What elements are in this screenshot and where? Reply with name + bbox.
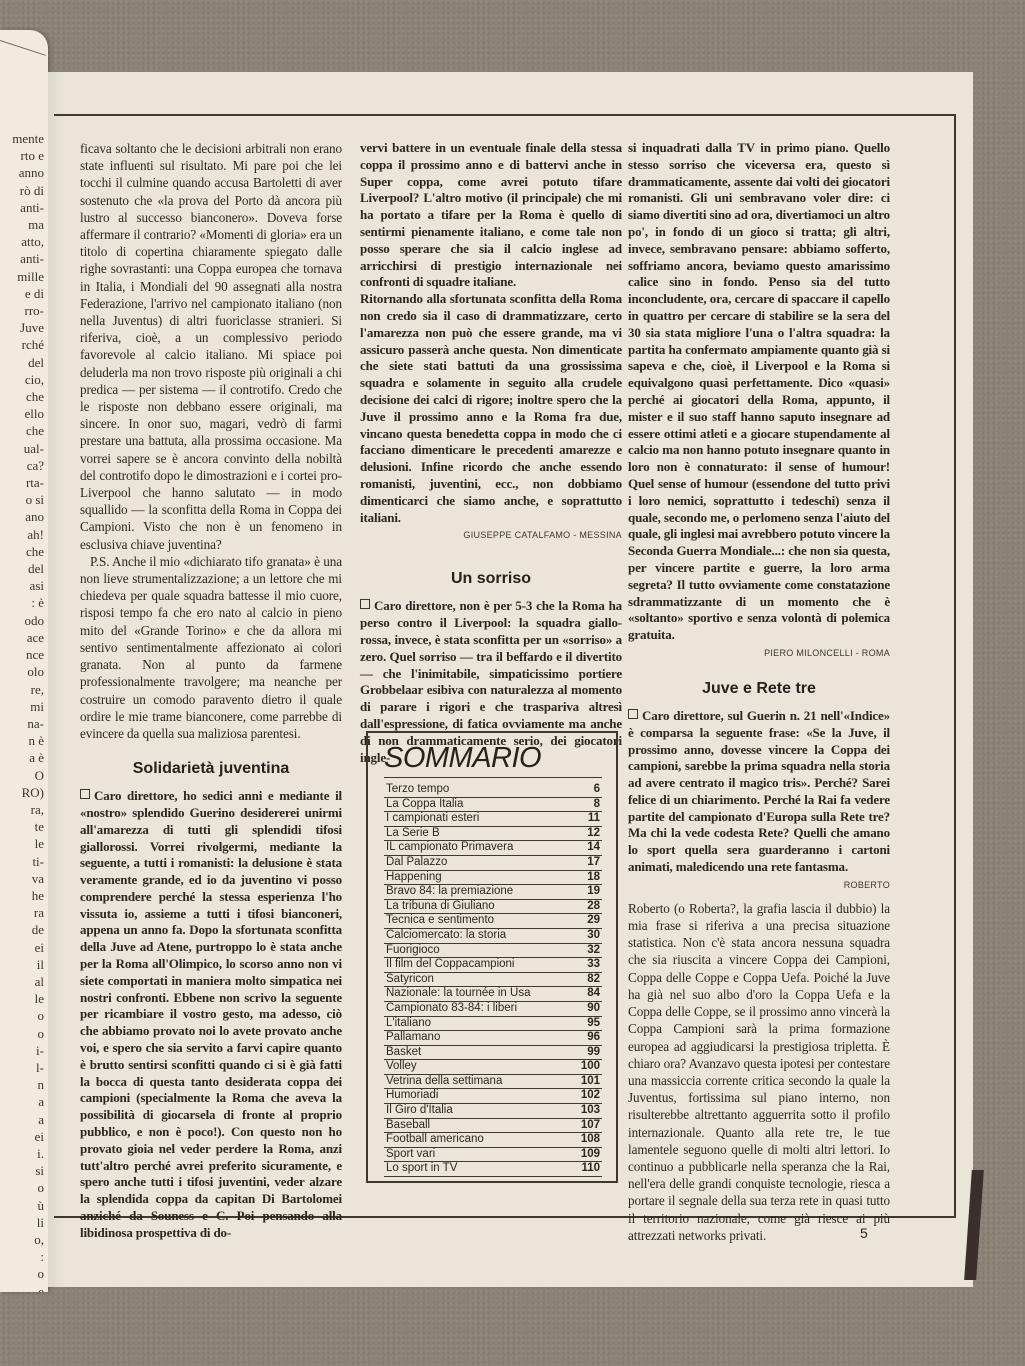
facing-text-fragment: li xyxy=(12,1214,44,1231)
toc-label: Volley xyxy=(386,1060,417,1074)
toc-row: Lo sport in TV110 xyxy=(384,1162,602,1177)
facing-text-fragment: ra xyxy=(12,904,44,921)
toc-page-number: 95 xyxy=(587,1017,600,1031)
facing-text-fragment: ace xyxy=(12,629,44,646)
toc-label: L'italiano xyxy=(386,1017,431,1031)
facing-text-fragment: e di xyxy=(12,285,44,302)
facing-text-fragment: mente xyxy=(12,130,44,147)
facing-text-fragment: si xyxy=(12,1162,44,1179)
toc-label: Pallamano xyxy=(386,1031,440,1045)
toc-label: Dal Palazzo xyxy=(386,856,447,870)
toc-row: La Coppa Italia8 xyxy=(384,798,602,813)
toc-row: Basket99 xyxy=(384,1046,602,1061)
facing-text-fragment: atto, xyxy=(12,233,44,250)
facing-text-fragment: le xyxy=(12,835,44,852)
facing-text-fragment: asi xyxy=(12,577,44,594)
toc-label: Il Giro d'Italia xyxy=(386,1104,453,1118)
reply-continuation: ficava soltanto che le decisioni arbitra… xyxy=(80,140,342,553)
toc-label: Campionato 83-84: i liberi xyxy=(386,1002,517,1016)
facing-text-fragment: : è xyxy=(12,594,44,611)
toc-page-number: 96 xyxy=(587,1031,600,1045)
toc-list: Terzo tempo6La Coppa Italia8I campionati… xyxy=(384,783,602,1177)
facing-text-fragment: ca? xyxy=(12,457,44,474)
page-number: 5 xyxy=(860,1225,868,1241)
facing-text-fragment: le xyxy=(12,990,44,1007)
letter-juve-rete-tre: Caro direttore, sul Guerin n. 21 nell'«I… xyxy=(628,708,890,876)
facing-text-fragment: o xyxy=(12,1265,44,1282)
facing-text-fragment: ra, xyxy=(12,801,44,818)
column-3: si inquadrati dalla TV in primo piano. Q… xyxy=(628,140,890,1244)
toc-page-number: 108 xyxy=(581,1133,600,1147)
letter-text: Caro direttore, ho sedici anni e mediant… xyxy=(80,788,342,1240)
toc-label: Fuorigioco xyxy=(386,944,440,958)
toc-label: La tribuna di Giuliano xyxy=(386,900,495,914)
toc-page-number: 102 xyxy=(581,1089,600,1103)
facing-text-fragment: n xyxy=(12,1076,44,1093)
toc-row: Volley100 xyxy=(384,1060,602,1075)
facing-text-fragment: che xyxy=(12,422,44,439)
facing-text-fragment: del xyxy=(12,560,44,577)
toc-page-number: 28 xyxy=(587,900,600,914)
toc-row: Pallamano96 xyxy=(384,1031,602,1046)
facing-text-fragment: i. xyxy=(12,1145,44,1162)
toc-row: Satyricon82 xyxy=(384,973,602,988)
facing-text-fragment: rta- xyxy=(12,474,44,491)
facing-text-fragment: rto e xyxy=(12,147,44,164)
facing-text-fragment: va xyxy=(12,870,44,887)
letter-text: Caro direttore, sul Guerin n. 21 nell'«I… xyxy=(628,708,890,874)
toc-row: Sport vari109 xyxy=(384,1148,602,1163)
toc-row: Campionato 83-84: i liberi90 xyxy=(384,1002,602,1017)
toc-page-number: 107 xyxy=(581,1119,600,1133)
toc-page-number: 19 xyxy=(587,885,600,899)
facing-text-fragment: ano xyxy=(12,508,44,525)
toc-label: Bravo 84: la premiazione xyxy=(386,885,513,899)
heading-un-sorriso: Un sorriso xyxy=(360,570,622,588)
toc-label: IL campionato Primavera xyxy=(386,841,513,855)
toc-page-number: 99 xyxy=(587,1046,600,1060)
toc-page-number: 82 xyxy=(587,973,600,987)
facing-text-fragment: o, xyxy=(12,1231,44,1248)
toc-label: Tecnica e sentimento xyxy=(386,914,494,928)
toc-page-number: 17 xyxy=(587,856,600,870)
heading-juve-rete-tre: Juve e Rete tre xyxy=(628,680,890,698)
facing-text-fragment: mille xyxy=(12,268,44,285)
facing-text-fragment: ello xyxy=(12,405,44,422)
magazine-page: ficava soltanto che le decisioni arbitra… xyxy=(48,72,973,1287)
toc-page-number: 14 xyxy=(587,841,600,855)
letter-continuation: si inquadrati dalla TV in primo piano. Q… xyxy=(628,140,890,644)
toc-row: Happening18 xyxy=(384,871,602,886)
editor-reply: Roberto (o Roberta?, la grafia lascia il… xyxy=(628,900,890,1244)
facing-text-fragment: rò di xyxy=(12,182,44,199)
toc-page-number: 109 xyxy=(581,1148,600,1162)
facing-text-fragment: ù xyxy=(12,1197,44,1214)
toc-page-number: 30 xyxy=(587,929,600,943)
facing-text-fragment: n è xyxy=(12,732,44,749)
facing-text-fragment: ti- xyxy=(12,853,44,870)
toc-row: Terzo tempo6 xyxy=(384,783,602,798)
facing-text-fragment: he xyxy=(12,887,44,904)
facing-text-fragment: ei xyxy=(12,939,44,956)
toc-label: La Serie B xyxy=(386,827,440,841)
toc-label: Il film del Coppacampioni xyxy=(386,958,514,972)
toc-label: I campionati esteri xyxy=(386,812,479,826)
facing-text-fragment: cio, xyxy=(12,371,44,388)
facing-text-fragment: che xyxy=(12,388,44,405)
facing-text-fragment: anno xyxy=(12,164,44,181)
toc-row: Il Giro d'Italia103 xyxy=(384,1104,602,1119)
facing-text-fragment: re, xyxy=(12,681,44,698)
facing-text-fragment: o si xyxy=(12,491,44,508)
facing-page-edge: menterto eannorò dianti-maatto,anti-mill… xyxy=(0,30,48,1292)
facing-text-fragment: na- xyxy=(12,715,44,732)
toc-row: Dal Palazzo17 xyxy=(384,856,602,871)
facing-text-fragment: ual- xyxy=(12,440,44,457)
signature-miloncelli: PIERO MILONCELLI - ROMA xyxy=(628,648,890,658)
toc-page-number: 101 xyxy=(581,1075,600,1089)
toc-page-number: 110 xyxy=(581,1162,600,1176)
letter-solidarieta: Caro direttore, ho sedici anni e mediant… xyxy=(80,788,342,1242)
toc-page-number: 33 xyxy=(587,958,600,972)
facing-text-fragment: ma xyxy=(12,216,44,233)
toc-page-number: 11 xyxy=(588,812,600,826)
toc-label: Sport vari xyxy=(386,1148,435,1162)
facing-page-rule xyxy=(0,40,46,56)
toc-row: Calciomercato: la storia30 xyxy=(384,929,602,944)
facing-text-fragment: : xyxy=(12,1248,44,1265)
toc-row: Bravo 84: la premiazione19 xyxy=(384,885,602,900)
facing-text-fragment: anti- xyxy=(12,250,44,267)
toc-page-number: 12 xyxy=(587,827,600,841)
sommario-title: SOMMARIO xyxy=(384,741,602,778)
column-1: ficava soltanto che le decisioni arbitra… xyxy=(80,140,342,1242)
toc-page-number: 6 xyxy=(594,783,600,797)
facing-text-fragment: mi xyxy=(12,698,44,715)
toc-row: La Serie B12 xyxy=(384,827,602,842)
letter-continuation: vervi battere in un eventuale finale del… xyxy=(360,140,622,291)
toc-row: Il film del Coppacampioni33 xyxy=(384,958,602,973)
sommario-table-of-contents: SOMMARIO Terzo tempo6La Coppa Italia8I c… xyxy=(366,731,618,1183)
toc-page-number: 90 xyxy=(587,1002,600,1016)
facing-text-fragment: ah! xyxy=(12,526,44,543)
toc-row: Tecnica e sentimento29 xyxy=(384,914,602,929)
facing-text-fragment: RO) xyxy=(12,784,44,801)
signature-roberto: ROBERTO xyxy=(628,880,890,890)
toc-row: La tribuna di Giuliano28 xyxy=(384,900,602,915)
toc-label: Terzo tempo xyxy=(386,783,449,797)
toc-row: Fuorigioco32 xyxy=(384,944,602,959)
signature-catalfamo: GIUSEPPE CATALFAMO - MESSINA xyxy=(360,530,622,540)
facing-text-fragment: a xyxy=(12,1093,44,1110)
facing-text-fragment: ei xyxy=(12,1128,44,1145)
facing-text-fragment: e xyxy=(12,1283,44,1292)
facing-text-fragment: rro- xyxy=(12,302,44,319)
toc-label: Baseball xyxy=(386,1119,430,1133)
toc-page-number: 100 xyxy=(581,1060,600,1074)
facing-text-fragment: al xyxy=(12,973,44,990)
facing-text-fragment: anti- xyxy=(12,199,44,216)
facing-text-fragment: de xyxy=(12,921,44,938)
facing-text-fragment: rché xyxy=(12,336,44,353)
toc-label: Satyricon xyxy=(386,973,434,987)
facing-text-fragment: Juve xyxy=(12,319,44,336)
toc-row: IL campionato Primavera14 xyxy=(384,841,602,856)
facing-text-fragment: l- xyxy=(12,1059,44,1076)
toc-row: L'italiano95 xyxy=(384,1017,602,1032)
facing-text-fragment: o xyxy=(12,1007,44,1024)
toc-row: I campionati esteri11 xyxy=(384,812,602,827)
toc-page-number: 8 xyxy=(594,798,600,812)
toc-label: Nazionale: la tournée in Usa xyxy=(386,987,530,1001)
toc-row: Vetrina della settimana101 xyxy=(384,1075,602,1090)
facing-text-fragment: odo xyxy=(12,612,44,629)
toc-page-number: 18 xyxy=(587,871,600,885)
toc-label: Football americano xyxy=(386,1133,484,1147)
toc-page-number: 103 xyxy=(581,1104,600,1118)
square-bullet-icon xyxy=(80,789,90,799)
toc-label: Humoriadi xyxy=(386,1089,438,1103)
facing-text-fragment: a xyxy=(12,1111,44,1128)
facing-text-fragment: che xyxy=(12,543,44,560)
toc-label: Happening xyxy=(386,871,442,885)
facing-text-fragment: i- xyxy=(12,1042,44,1059)
toc-page-number: 84 xyxy=(587,987,600,1001)
toc-page-number: 32 xyxy=(587,944,600,958)
facing-text-fragment: te xyxy=(12,818,44,835)
toc-page-number: 29 xyxy=(587,914,600,928)
postscript: P.S. Anche il mio «dichiarato tifo grana… xyxy=(80,553,342,742)
facing-text-fragment: del xyxy=(12,354,44,371)
facing-text-fragment: nce xyxy=(12,646,44,663)
toc-label: La Coppa Italia xyxy=(386,798,463,812)
facing-text-fragment: il xyxy=(12,956,44,973)
toc-row: Nazionale: la tournée in Usa84 xyxy=(384,987,602,1002)
toc-row: Humoriadi102 xyxy=(384,1089,602,1104)
facing-text-fragment: O xyxy=(12,767,44,784)
toc-row: Baseball107 xyxy=(384,1119,602,1134)
toc-label: Vetrina della settimana xyxy=(386,1075,502,1089)
letter-paragraph-2: Ritornando alla sfortunata sconfitta del… xyxy=(360,291,622,526)
square-bullet-icon xyxy=(628,709,638,719)
toc-label: Basket xyxy=(386,1046,421,1060)
facing-text-fragment: o xyxy=(12,1179,44,1196)
heading-solidarieta-juventina: Solidarietà juventina xyxy=(80,760,342,778)
facing-page-text-fragments: menterto eannorò dianti-maatto,anti-mill… xyxy=(12,130,44,1292)
facing-text-fragment: a è xyxy=(12,749,44,766)
facing-text-fragment: olo xyxy=(12,663,44,680)
square-bullet-icon xyxy=(360,599,370,609)
toc-label: Calciomercato: la storia xyxy=(386,929,506,943)
toc-row: Football americano108 xyxy=(384,1133,602,1148)
facing-text-fragment: o xyxy=(12,1025,44,1042)
column-2: vervi battere in un eventuale finale del… xyxy=(360,140,622,766)
toc-label: Lo sport in TV xyxy=(386,1162,457,1176)
